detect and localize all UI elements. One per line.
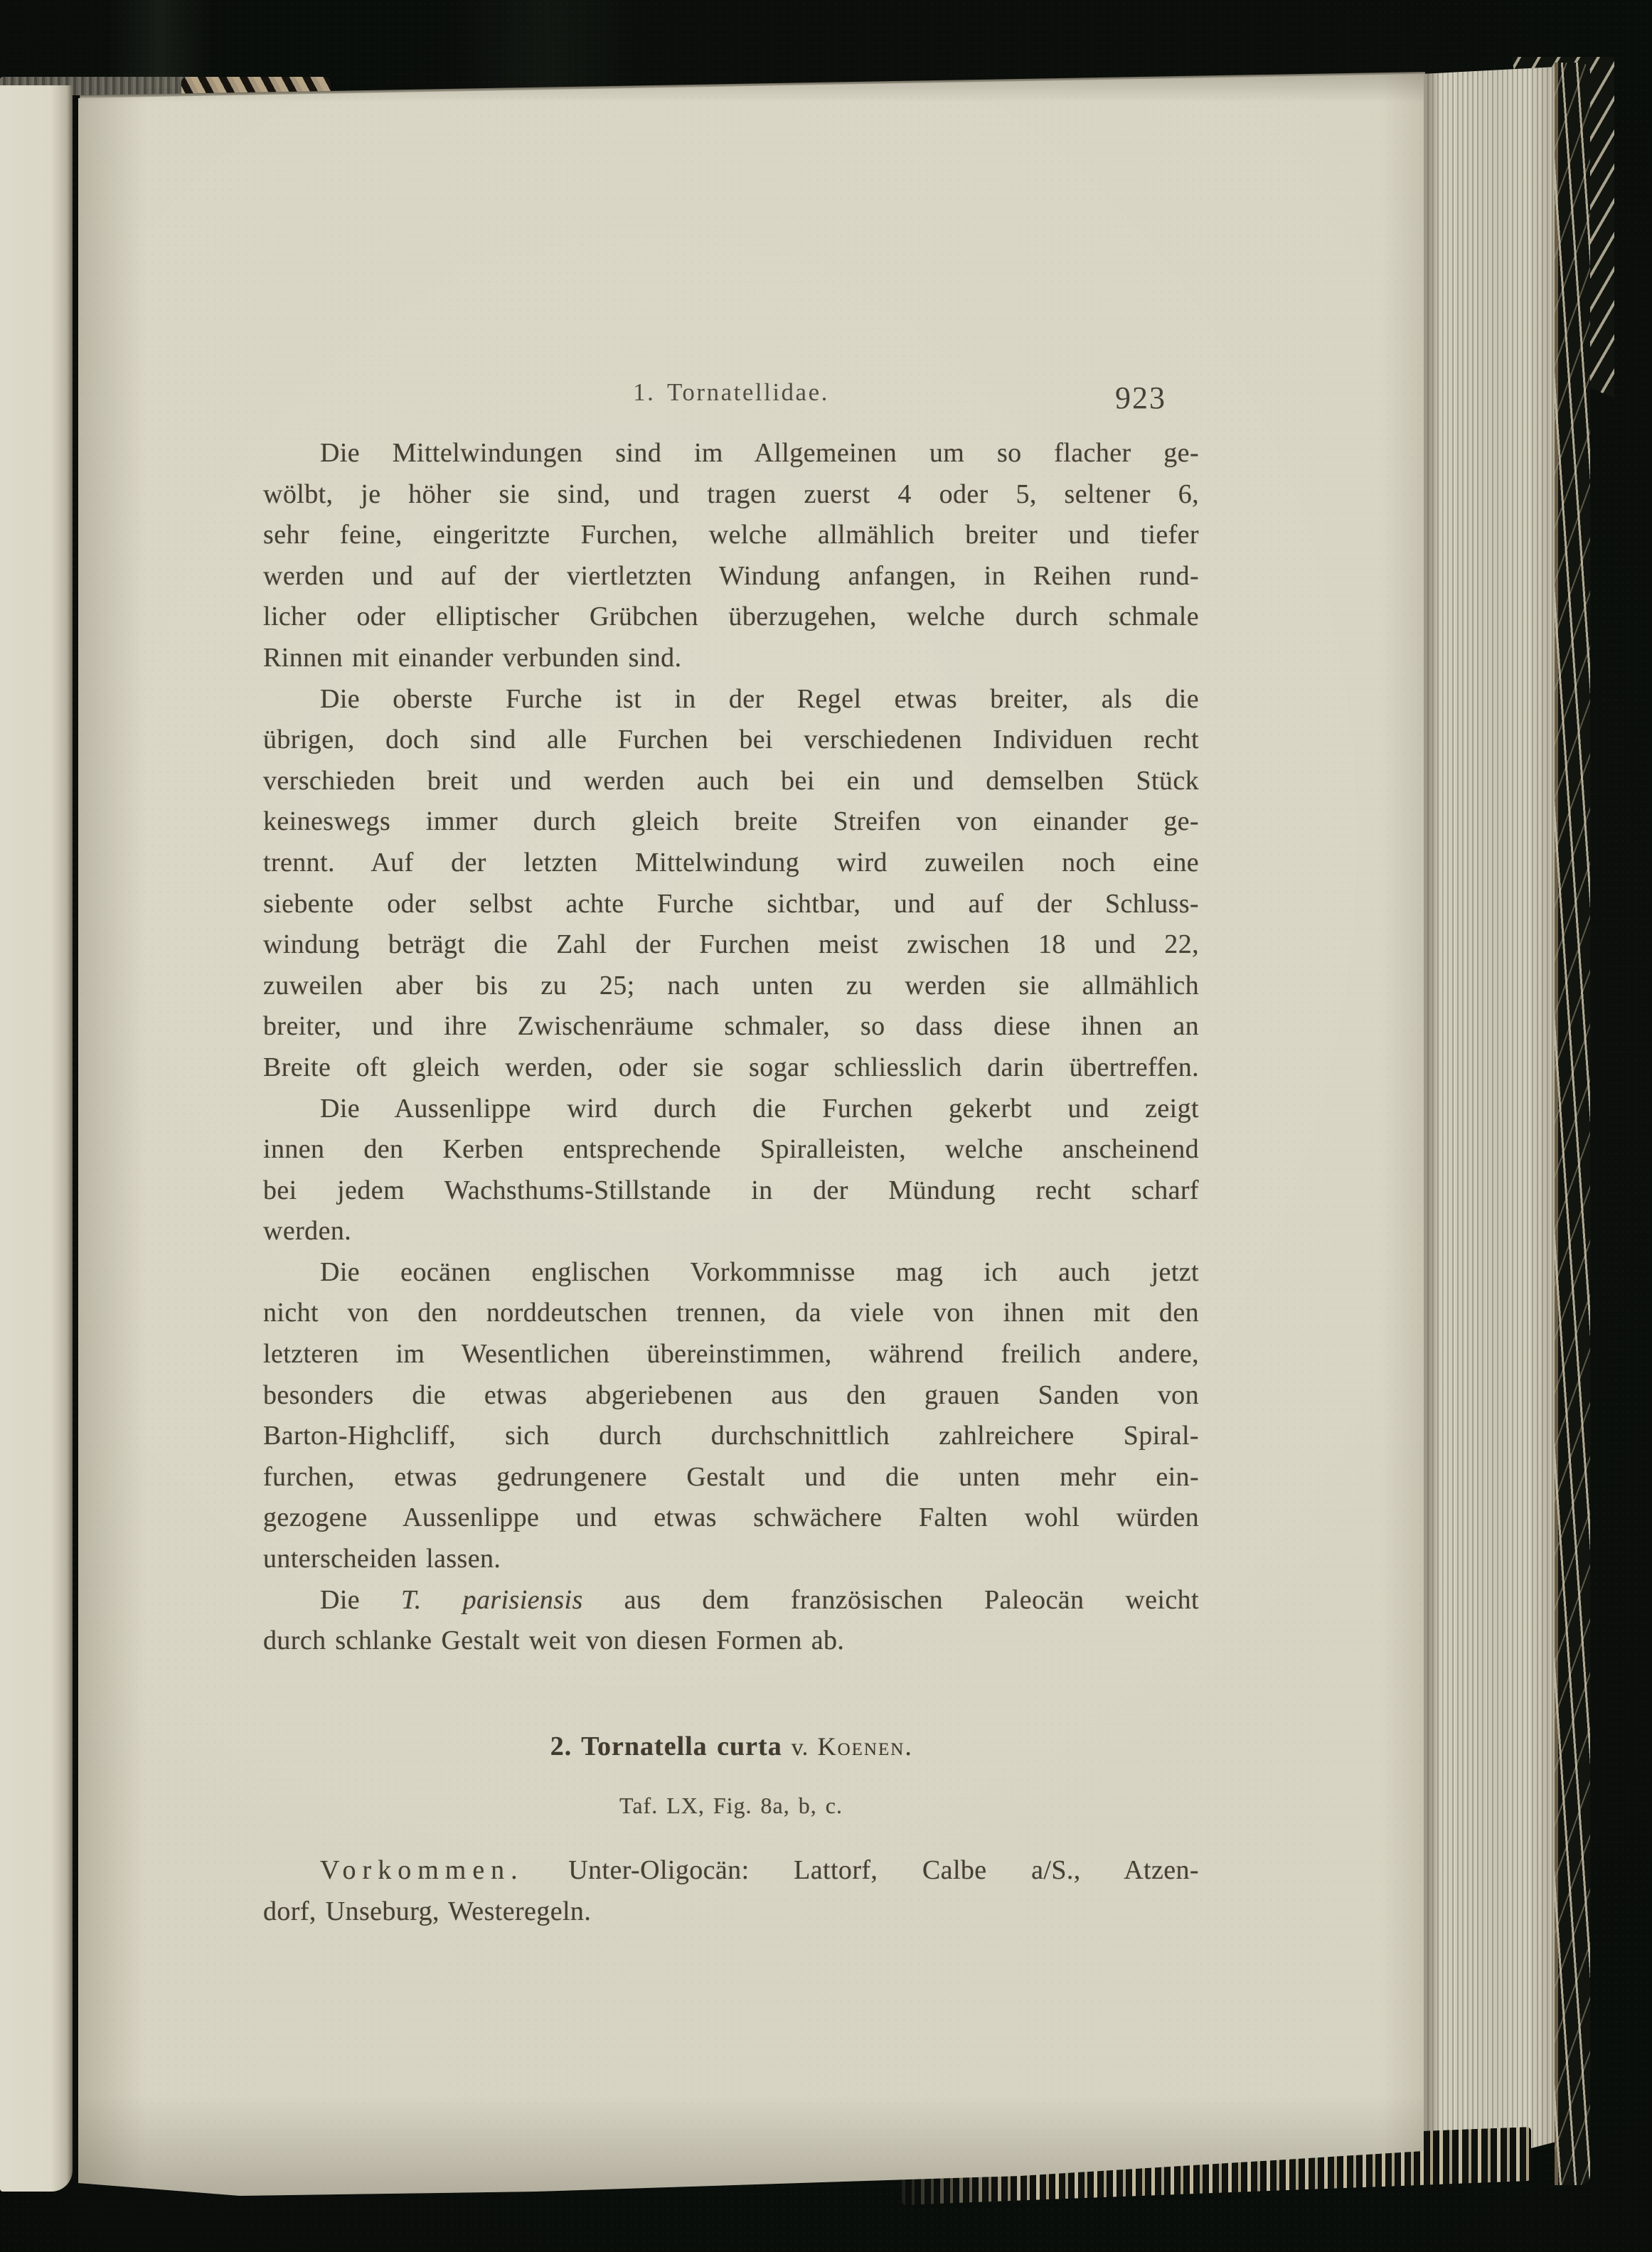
text-line: siebente oder selbst achte Furche sichtb…	[263, 884, 1199, 925]
text-line: durch schlanke Gestalt weit von diesen F…	[263, 1621, 1199, 1662]
occurrence-text: Unter-Oligocän: Lattorf, Calbe a/S., Atz…	[568, 1855, 1199, 1885]
text-line: trennt. Auf der letzten Mittelwindung wi…	[263, 843, 1199, 884]
text-line: letzteren im Wesentlichen übereinstimmen…	[263, 1334, 1199, 1375]
text-segment: aus dem französischen Paleocän weicht	[583, 1585, 1199, 1615]
text-line: unterscheiden lassen.	[263, 1539, 1199, 1580]
text-line: windung beträgt die Zahl der Furchen mei…	[263, 924, 1199, 966]
text-line: zuweilen aber bis zu 25; nach unten zu w…	[263, 966, 1199, 1007]
text-line: Die Aussenlippe wird durch die Furchen g…	[263, 1089, 1199, 1130]
species-heading-period: .	[905, 1731, 912, 1761]
text-line: Breite oft gleich werden, oder sie sogar…	[263, 1047, 1199, 1089]
text-line: besonders die etwas abgeriebenen aus den…	[263, 1375, 1199, 1416]
text-line: verschieden breit und werden auch bei ei…	[263, 761, 1199, 802]
text-line: bei jedem Wachsthums-Stillstande in der …	[263, 1170, 1199, 1212]
background-sheen	[455, 0, 640, 92]
species-name-italic: T. parisiensis	[401, 1585, 583, 1615]
cover-marble-edge	[1555, 63, 1590, 2185]
occurrence-label: Vorkommen.	[320, 1855, 524, 1885]
text-line: übrigen, doch sind alle Furchen bei vers…	[263, 720, 1199, 761]
occurrence-line: Vorkommen. Unter-Oligocän: Lattorf, Calb…	[263, 1850, 1199, 1891]
text-line: furchen, etwas gedrungenere Gestalt und …	[263, 1457, 1199, 1498]
book-page: 1. Tornatellidae. 923 Die Mittelwindunge…	[78, 74, 1424, 2202]
body-text: Die Mittelwindungen sind im Allgemeinen …	[263, 433, 1199, 1933]
page-head: 1. Tornatellidae. 923	[263, 378, 1199, 428]
species-author: Koenen	[818, 1732, 905, 1761]
text-line: werden und auf der viertletzten Windung …	[263, 556, 1199, 597]
photo-background: 1. Tornatellidae. 923 Die Mittelwindunge…	[0, 0, 1652, 2252]
text-line: Barton-Highcliff, sich durch durchschnit…	[263, 1416, 1199, 1457]
background-sheen	[107, 0, 213, 89]
text-line: Die T. parisiensis aus dem französischen…	[263, 1580, 1199, 1621]
text-line: Die oberste Furche ist in der Regel etwa…	[263, 679, 1199, 720]
text-line: innen den Kerben entsprechende Spirallei…	[263, 1129, 1199, 1170]
text-line: wölbt, je höher sie sind, und tragen zue…	[263, 474, 1199, 516]
text-line: licher oder elliptischer Grübchen überzu…	[263, 597, 1199, 638]
text-segment: Die	[320, 1585, 401, 1615]
text-line: nicht von den norddeutschen trennen, da …	[263, 1293, 1199, 1334]
text-line: Rinnen mit einander verbunden sind.	[263, 638, 1199, 679]
text-line: sehr feine, eingeritzte Furchen, welche …	[263, 515, 1199, 556]
species-author-prefix: v.	[792, 1734, 809, 1761]
occurrence-line: dorf, Unseburg, Westeregeln.	[263, 1891, 1199, 1933]
text-line: Die eocänen englischen Vorkommnisse mag …	[263, 1252, 1199, 1293]
species-heading: 2. Tornatella curta v. Koenen.	[263, 1729, 1199, 1766]
running-header: 1. Tornatellidae.	[263, 378, 1199, 407]
text-line: gezogene Aussenlippe und etwas schwächer…	[263, 1498, 1199, 1539]
text-line: Die Mittelwindungen sind im Allgemeinen …	[263, 433, 1199, 474]
fore-edge-page-stack	[1422, 67, 1556, 2170]
species-number: 2.	[550, 1731, 572, 1761]
page-number: 923	[1115, 380, 1166, 416]
figure-reference: Taf. LX, Fig. 8a, b, c.	[263, 1786, 1199, 1827]
text-line: breiter, und ihre Zwischenräume schmaler…	[263, 1006, 1199, 1047]
left-page-sliver	[0, 85, 73, 2192]
species-name: Tornatella curta	[581, 1731, 782, 1761]
text-line: keineswegs immer durch gleich breite Str…	[263, 801, 1199, 843]
text-line: werden.	[263, 1211, 1199, 1252]
